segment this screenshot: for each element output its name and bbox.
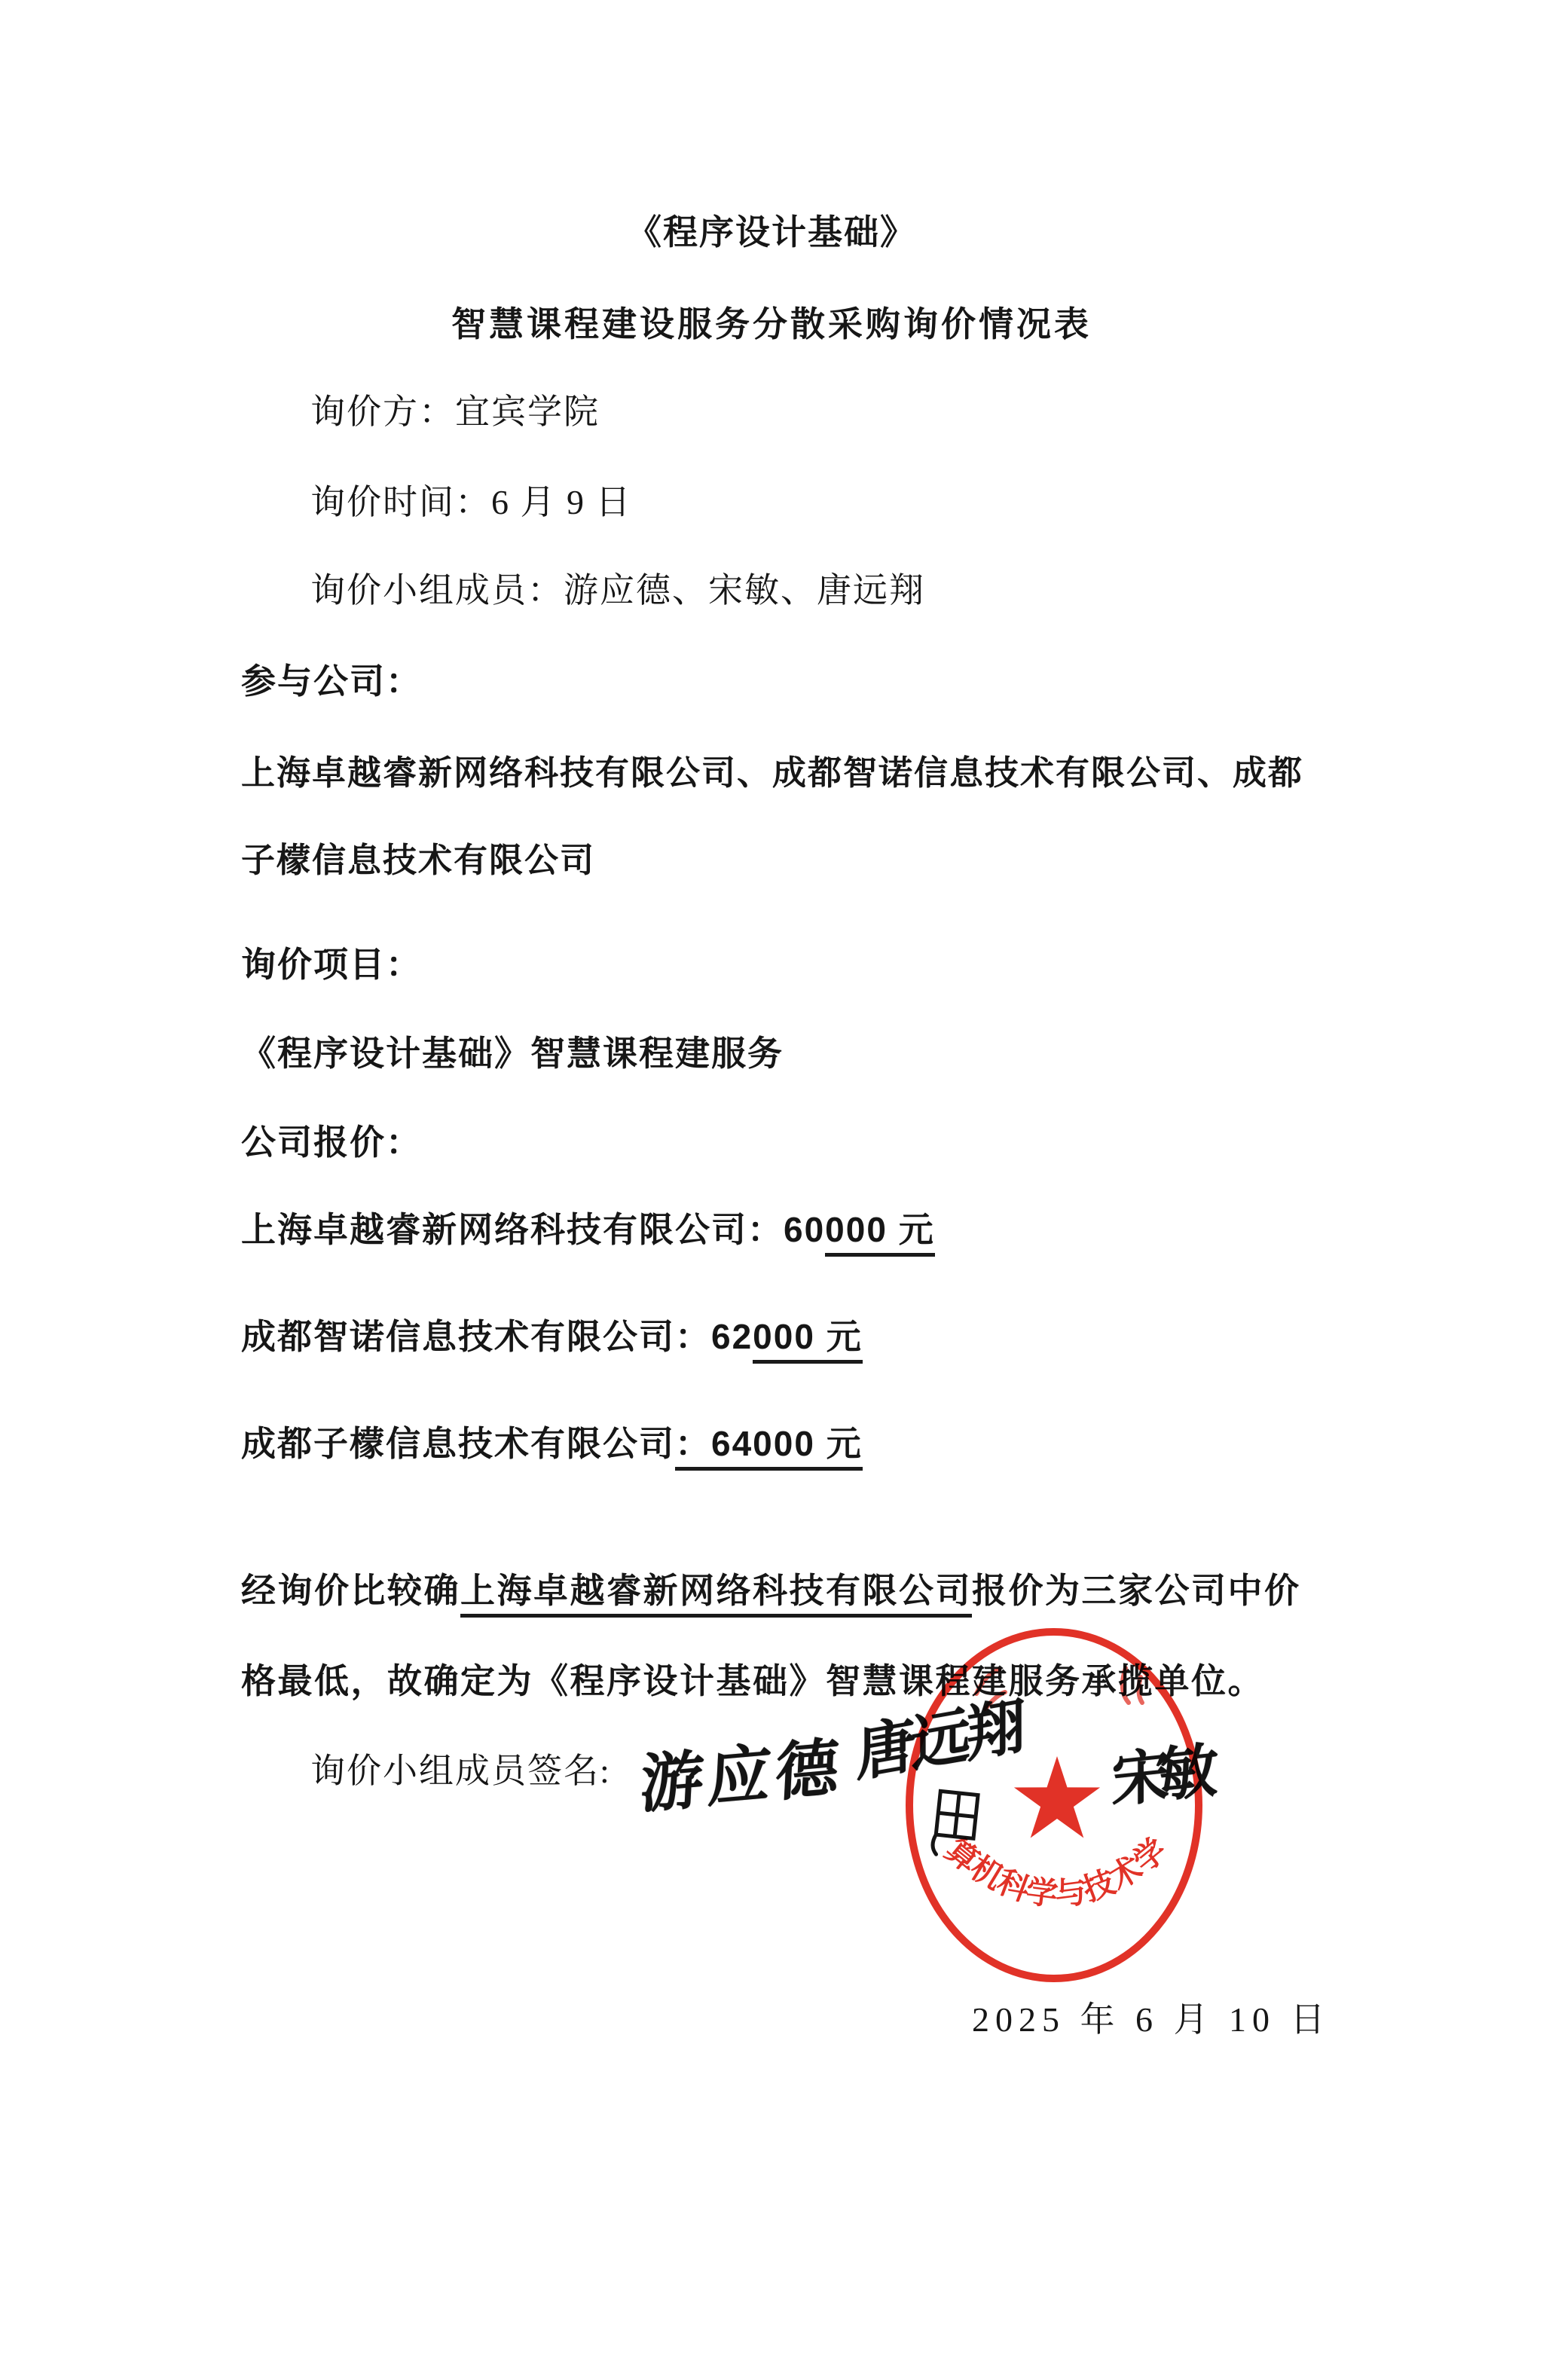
page-title: 《程序设计基础》 (0, 212, 1543, 252)
conclusion-underlined-company: 上海卓越睿新网络科技有限公司 (460, 1571, 972, 1618)
quote-company-price: 成都子檬信息技术有限公司 (241, 1424, 675, 1463)
quote-row: 成都智诺信息技术有限公司：62000 元 (241, 1317, 863, 1364)
inquiry-team-label: 询价小组成员： (310, 571, 564, 610)
page-subtitle: 智慧课程建设服务分散采购询价情况表 (0, 304, 1543, 344)
stamp-ink-fragment (976, 1670, 1005, 1709)
stamp-arc-text-holder: 计算机科学与技术学院 (901, 1624, 1173, 1912)
signature-label: 询价小组成员签名: (310, 1752, 611, 1792)
inquiry-team-line: 询价小组成员：游应德、宋敏、唐远翔 (310, 571, 925, 611)
stamp-department-text: 计算机科学与技术学院 (901, 1624, 1173, 1912)
inquiry-time-line: 询价时间：6 月 9 日 (310, 483, 632, 523)
quote-underlined: 000 元 (825, 1210, 935, 1257)
project-heading: 询价项目： (241, 945, 422, 985)
quote-company-price: 上海卓越睿新网络科技有限公司：60 (241, 1210, 825, 1249)
quote-company-price: 成都智诺信息技术有限公司：62 (241, 1317, 753, 1356)
inquiry-team-value: 游应德、宋敏、唐远翔 (564, 571, 925, 610)
star-icon (1014, 1756, 1100, 1838)
stamp-ink-fragment (1123, 1668, 1142, 1703)
inquiry-party-line: 询价方：宜宾学院 (310, 393, 600, 432)
document-date: 2025 年 6 月 10 日 (972, 2000, 1331, 2040)
document-page: 《程序设计基础》 智慧课程建设服务分散采购询价情况表 询价方：宜宾学院 询价时间… (0, 0, 1543, 2380)
project-name: 《程序设计基础》智慧课程建服务 (241, 1034, 784, 1074)
participants-line-1: 上海卓越睿新网络科技有限公司、成都智诺信息技术有限公司、成都 (241, 753, 1303, 793)
stamp-seal-graphic: 计算机科学与技术学院 (901, 1624, 1211, 1987)
inquiry-party-value: 宜宾学院 (455, 393, 600, 431)
participants-line-2: 子檬信息技术有限公司 (241, 841, 595, 880)
signature-you-yingde: 游应德 (638, 1716, 845, 1826)
quote-row: 上海卓越睿新网络科技有限公司：60000 元 (241, 1210, 935, 1257)
quotes-heading: 公司报价： (241, 1123, 422, 1163)
participants-heading: 参与公司： (241, 661, 422, 701)
stamp-seal: 计算机科学与技术学院 (901, 1624, 1211, 1987)
conclusion-line-1: 经询价比较确上海卓越睿新网络科技有限公司报价为三家公司中价 (241, 1571, 1301, 1618)
quote-row: 成都子檬信息技术有限公司：64000 元 (241, 1424, 863, 1471)
inquiry-time-value: 6 月 9 日 (491, 483, 632, 521)
inquiry-party-label: 询价方： (310, 393, 455, 431)
conclusion-pre: 经询价比较确 (241, 1571, 460, 1610)
conclusion-post: 报价为三家公司中价 (972, 1571, 1301, 1610)
inquiry-time-label: 询价时间： (310, 483, 491, 521)
quote-underlined: 000 元 (753, 1317, 863, 1364)
quote-underlined: ：64000 元 (675, 1424, 863, 1471)
